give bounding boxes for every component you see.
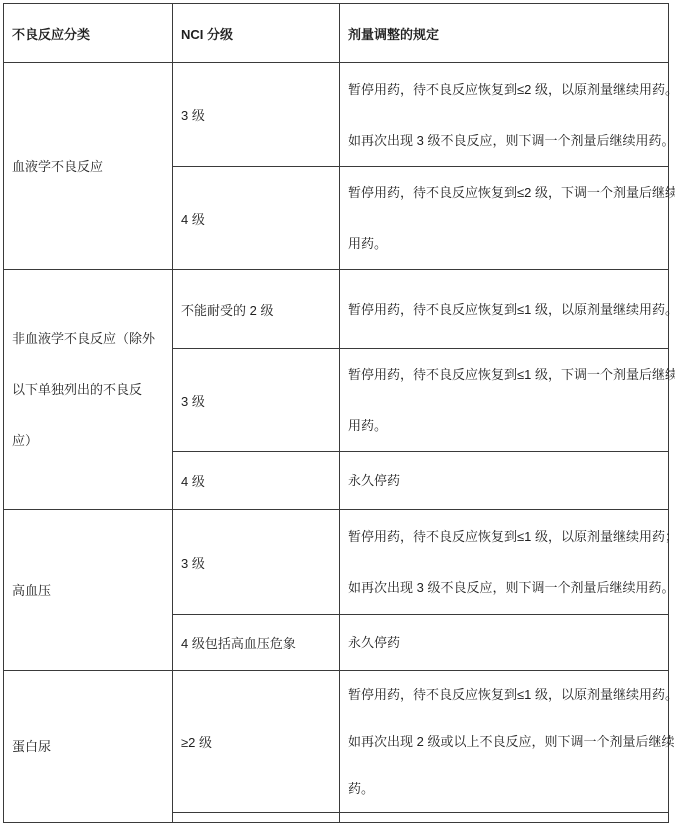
grade-cell: 3 级 (173, 63, 340, 167)
category-line: 蛋白尿 (12, 721, 172, 772)
rule-line: 用药。 (348, 218, 668, 269)
grade-cell: 不能耐受的 2 级 (173, 270, 340, 349)
grade-cell: 4 级 (173, 167, 340, 270)
rule-line: 暂停用药，待不良反应恢复到≤2 级，下调一个剂量后继续 (348, 167, 668, 218)
rule-line: 暂停用药，待不良反应恢复到≤1 级，以原剂量继续用药。 (348, 284, 668, 335)
grade-cell-cut (173, 813, 340, 821)
rule-cell-cut (340, 813, 669, 821)
category-line: 应） (12, 415, 172, 466)
category-cell-non-hematologic: 非血液学不良反应（除外 以下单独列出的不良反 应） (4, 270, 173, 510)
category-line: 以下单独列出的不良反 (12, 364, 172, 415)
rule-line: 永久停药 (348, 455, 668, 506)
table-row: 蛋白尿 ≥2 级 暂停用药，待不良反应恢复到≤1 级，以原剂量继续用药。 如再次… (4, 671, 669, 813)
rule-cell: 暂停用药，待不良反应恢复到≤2 级，以原剂量继续用药。 如再次出现 3 级不良反… (340, 63, 669, 167)
rule-line: 药。 (348, 765, 668, 812)
grade-cell: 4 级包括高血压危象 (173, 615, 340, 671)
rule-line: 如再次出现 3 级不良反应，则下调一个剂量后继续用药。 (348, 115, 668, 166)
category-cell-hypertension: 高血压 (4, 510, 173, 671)
rule-line: 用药。 (348, 400, 668, 451)
header-cell-category: 不良反应分类 (4, 4, 173, 63)
grade-cell: 3 级 (173, 349, 340, 452)
grade-cell: 4 级 (173, 452, 340, 510)
rule-cell: 暂停用药，待不良反应恢复到≤1 级，以原剂量继续用药。 (340, 270, 669, 349)
category-cell-hematologic: 血液学不良反应 (4, 63, 173, 270)
table-row: 血液学不良反应 3 级 暂停用药，待不良反应恢复到≤2 级，以原剂量继续用药。 … (4, 63, 669, 167)
rule-line: 暂停用药，待不良反应恢复到≤1 级，以原剂量继续用药。 (348, 671, 668, 718)
rule-line: 如再次出现 3 级不良反应，则下调一个剂量后继续用药。 (348, 562, 668, 613)
rule-cell: 暂停用药，待不良反应恢复到≤1 级，以原剂量继续用药； 如再次出现 3 级不良反… (340, 510, 669, 615)
dose-adjustment-table: 不良反应分类 NCI 分级 剂量调整的规定 血液学不良反应 3 级 暂停用药，待… (3, 3, 669, 820)
rule-cell: 暂停用药，待不良反应恢复到≤2 级，下调一个剂量后继续 用药。 (340, 167, 669, 270)
rule-cell: 暂停用药，待不良反应恢复到≤1 级，下调一个剂量后继续 用药。 (340, 349, 669, 452)
header-cell-dose-rule: 剂量调整的规定 (340, 4, 669, 63)
category-cell-proteinuria: 蛋白尿 (4, 671, 173, 821)
header-row: 不良反应分类 NCI 分级 剂量调整的规定 (4, 4, 669, 63)
category-line: 高血压 (12, 565, 172, 616)
rule-cell: 永久停药 (340, 615, 669, 671)
rule-line: 暂停用药，待不良反应恢复到≤1 级，下调一个剂量后继续 (348, 349, 668, 400)
table-row: 高血压 3 级 暂停用药，待不良反应恢复到≤1 级，以原剂量继续用药； 如再次出… (4, 510, 669, 615)
table-row: 非血液学不良反应（除外 以下单独列出的不良反 应） 不能耐受的 2 级 暂停用药… (4, 270, 669, 349)
rule-cell: 暂停用药，待不良反应恢复到≤1 级，以原剂量继续用药。 如再次出现 2 级或以上… (340, 671, 669, 813)
header-cell-nci-grade: NCI 分级 (173, 4, 340, 63)
rule-line: 如再次出现 2 级或以上不良反应，则下调一个剂量后继续用 (348, 718, 668, 765)
category-line: 非血液学不良反应（除外 (12, 313, 172, 364)
rule-cell: 永久停药 (340, 452, 669, 510)
rule-line: 永久停药 (348, 617, 668, 668)
grade-cell: 3 级 (173, 510, 340, 615)
grade-cell: ≥2 级 (173, 671, 340, 813)
rule-line: 暂停用药，待不良反应恢复到≤2 级，以原剂量继续用药。 (348, 64, 668, 115)
category-line: 血液学不良反应 (12, 141, 172, 192)
rule-line: 暂停用药，待不良反应恢复到≤1 级，以原剂量继续用药； (348, 511, 668, 562)
